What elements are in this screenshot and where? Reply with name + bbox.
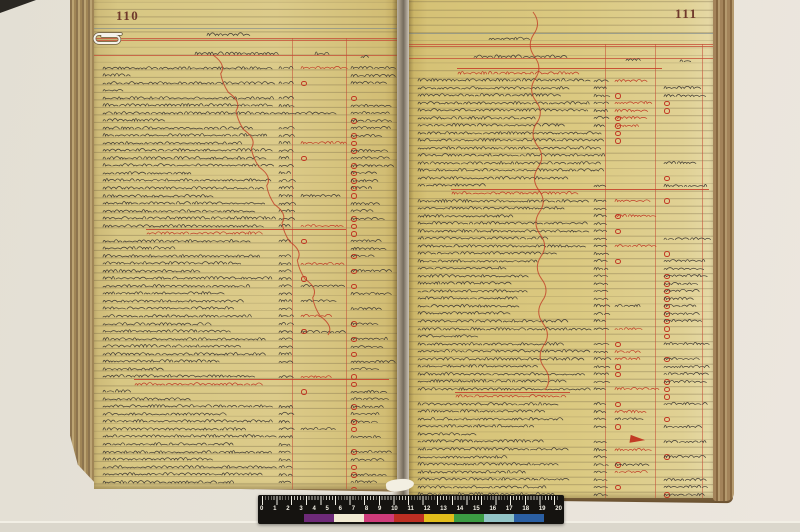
ledger-entry-row xyxy=(102,358,162,365)
ledger-entry-row xyxy=(417,288,515,295)
ledger-entry-row xyxy=(102,95,272,102)
header-handwriting xyxy=(625,49,639,67)
ledger-entry-row xyxy=(102,321,232,328)
color-patch xyxy=(454,514,484,522)
ruler-number: 20 xyxy=(555,505,562,513)
section-header-row xyxy=(146,223,261,230)
ruler-number: 12 xyxy=(424,505,431,513)
header-handwriting xyxy=(206,24,250,42)
ledger-entry-row xyxy=(102,449,212,456)
ledger-entry-row xyxy=(417,454,555,461)
color-patch-strip xyxy=(260,514,562,522)
color-patch xyxy=(484,514,514,522)
ledger-entry-row xyxy=(417,243,557,250)
ledger-entry-row xyxy=(102,464,262,471)
ruler-number: 6 xyxy=(339,505,342,513)
ledger-entry-row xyxy=(417,77,567,84)
ruler-number: 18 xyxy=(522,505,529,513)
color-patch xyxy=(424,514,454,522)
ledger-entry-row xyxy=(417,115,567,122)
ruler-number: 7 xyxy=(352,505,355,513)
ledger-entry-row xyxy=(417,476,545,483)
ledger-entry-row xyxy=(102,147,267,154)
ledger-entry-row xyxy=(102,441,272,448)
ledger-entry-row xyxy=(417,220,587,227)
ledger-entry-row xyxy=(102,253,242,260)
ledger-entry-row xyxy=(417,439,565,446)
paperclip xyxy=(88,30,126,46)
ledger-entry-row xyxy=(417,363,585,370)
ledger-entry-row xyxy=(417,416,535,423)
column-rule xyxy=(346,38,347,489)
ruler-number: 11 xyxy=(408,505,414,513)
ledger-entry-row xyxy=(102,456,274,463)
ledger-entry-row xyxy=(102,117,252,124)
ledger-entry-row xyxy=(417,348,585,355)
ledger-entry-row xyxy=(102,102,337,109)
ledger-entry-row xyxy=(102,200,257,207)
ledger-entry-row xyxy=(102,328,267,335)
ledger-entry-row xyxy=(417,122,603,129)
ledger-entry-row xyxy=(102,268,272,275)
ledger-entry-row xyxy=(417,310,567,317)
ledger-entry-row xyxy=(102,208,274,215)
header-handwriting xyxy=(488,28,528,46)
ledger-entry-row xyxy=(102,336,242,343)
ledger-entry-row xyxy=(417,280,527,287)
ruler-number: 3 xyxy=(299,505,302,513)
ledger-entry-row xyxy=(102,65,130,72)
section-header-row xyxy=(451,182,579,189)
ledger-entry-row xyxy=(417,303,509,310)
header-handwriting xyxy=(194,43,276,61)
ledger-entry-row xyxy=(102,351,222,358)
ledger-entry-row xyxy=(417,92,589,99)
ledger-entry-row xyxy=(102,177,262,184)
ruler-number: 17 xyxy=(506,505,513,513)
ledger-entry-row xyxy=(417,250,537,257)
ruler-number: 2 xyxy=(286,505,289,513)
ledger-entry-row xyxy=(417,107,537,114)
ruler-number: 19 xyxy=(539,505,546,513)
ledger-entry-row xyxy=(102,275,252,282)
color-patch xyxy=(514,514,544,522)
ledger-entry-row xyxy=(102,313,212,320)
ledger-book: 110 111 xyxy=(70,0,734,505)
ledger-entry-row xyxy=(102,72,274,79)
ledger-entry-row xyxy=(102,305,252,312)
ledger-entry-row xyxy=(417,228,545,235)
ledger-entry-row xyxy=(102,245,262,252)
ledger-entry-row xyxy=(417,318,589,325)
header-handwriting xyxy=(360,46,370,64)
ledger-entry-row xyxy=(102,110,162,117)
book-gutter-shadow xyxy=(392,0,414,497)
ledger-entry-row xyxy=(417,371,565,378)
ledger-page-110: 110 xyxy=(94,0,397,489)
ruler-number: 13 xyxy=(440,505,447,513)
ledger-entry-row xyxy=(417,145,604,152)
ledger-entry-row xyxy=(102,426,272,433)
ledger-entry-row xyxy=(417,378,589,385)
ledger-entry-row xyxy=(102,396,270,403)
ledger-entry-row xyxy=(102,471,232,478)
ledger-entry-row xyxy=(417,273,512,280)
ledger-entry-row xyxy=(102,418,247,425)
ledger-entry-row xyxy=(417,469,565,476)
color-patch xyxy=(394,514,424,522)
page-number-right: 111 xyxy=(675,6,698,22)
ledger-entry-row xyxy=(102,140,270,147)
header-handwriting xyxy=(314,43,328,61)
ledger-entry-row xyxy=(417,235,587,242)
ledger-entry-row xyxy=(417,393,555,400)
ledger-entry-row xyxy=(417,431,545,438)
ledger-entry-row xyxy=(102,87,272,94)
ledger-entry-row xyxy=(417,100,589,107)
ruler-number: 10 xyxy=(391,505,398,513)
ruler-number: 4 xyxy=(312,505,315,513)
scan-corner-artifact xyxy=(0,0,36,13)
color-patch xyxy=(334,514,364,522)
ledger-entry-row xyxy=(102,132,242,139)
ruler-number: 15 xyxy=(473,505,480,513)
ruler-number: 16 xyxy=(489,505,496,513)
ledger-entry-row xyxy=(417,423,475,430)
ruler-number: 8 xyxy=(365,505,368,513)
ledger-entry-row xyxy=(417,213,589,220)
section-header-row xyxy=(455,386,563,393)
ledger-page-111: 111 xyxy=(409,0,713,498)
ledger-entry-row xyxy=(102,411,272,418)
ruler-number: 0 xyxy=(260,505,263,513)
ledger-entry-row xyxy=(102,193,267,200)
ledger-entry-row xyxy=(102,155,272,162)
ledger-entry-row xyxy=(102,170,272,177)
ledger-entry-row xyxy=(417,160,603,167)
ledger-entry-row xyxy=(102,215,262,222)
ledger-entry-row xyxy=(417,333,565,340)
ruler-number: 1 xyxy=(273,505,276,513)
ledger-entry-row xyxy=(102,343,267,350)
ledger-entry-row xyxy=(417,341,589,348)
ruled-line xyxy=(409,33,713,34)
ledger-entry-row xyxy=(417,167,567,174)
ledger-entry-row xyxy=(102,185,212,192)
ruler-number: 9 xyxy=(378,505,381,513)
ledger-entry-row xyxy=(417,408,559,415)
page-number-left: 110 xyxy=(116,8,139,24)
scanned-ledger-photo: 110 111 xyxy=(0,0,800,532)
ledger-entry-row xyxy=(102,260,197,267)
color-calibration-ruler: 01234567891011121314151617181920 xyxy=(258,495,564,524)
ledger-entry-row xyxy=(102,80,122,87)
ledger-entry-row xyxy=(417,198,565,205)
ledger-entry-row xyxy=(102,162,192,169)
ledger-entry-row xyxy=(417,461,525,468)
ruler-numbers: 01234567891011121314151617181920 xyxy=(258,505,564,513)
ledger-entry-row xyxy=(102,290,242,297)
ledger-entry-row xyxy=(417,85,562,92)
ledger-entry-row xyxy=(102,238,177,245)
ledger-entry-row xyxy=(417,175,487,182)
ledger-entry-row xyxy=(417,190,585,197)
ledger-entry-row xyxy=(417,446,505,453)
ledger-entry-row xyxy=(417,205,512,212)
ledger-entry-row xyxy=(102,388,192,395)
color-patch xyxy=(304,514,334,522)
ledger-entry-row xyxy=(417,326,475,333)
ledger-entry-row xyxy=(417,265,525,272)
book-cover-edge-right xyxy=(713,0,734,501)
ruler-number: 14 xyxy=(457,505,464,513)
ledger-entry-row xyxy=(417,258,507,265)
ledger-entry-row xyxy=(102,403,222,410)
header-handwriting xyxy=(473,46,565,64)
ledger-entry-row xyxy=(417,152,600,159)
ledger-entry-row xyxy=(102,125,267,132)
ledger-entry-row xyxy=(417,401,545,408)
ledger-entry-row xyxy=(417,484,555,491)
ledger-entry-row xyxy=(102,298,232,305)
color-patch xyxy=(364,514,394,522)
header-handwriting xyxy=(679,50,689,68)
page-stack-edge-left xyxy=(70,0,96,484)
ledger-entry-row xyxy=(417,137,602,144)
ledger-entry-row xyxy=(417,130,605,137)
ledger-entry-row xyxy=(102,434,232,441)
ledger-entry-row xyxy=(417,70,589,77)
ledger-entry-row xyxy=(102,283,222,290)
ledger-entry-row xyxy=(102,230,252,237)
ledger-entry-row xyxy=(417,295,519,302)
section-header-row xyxy=(134,373,264,380)
ruler-number: 5 xyxy=(326,505,329,513)
ledger-entry-row xyxy=(102,381,132,388)
ledger-entry-row xyxy=(417,356,535,363)
ledger-entry-row xyxy=(102,366,252,373)
